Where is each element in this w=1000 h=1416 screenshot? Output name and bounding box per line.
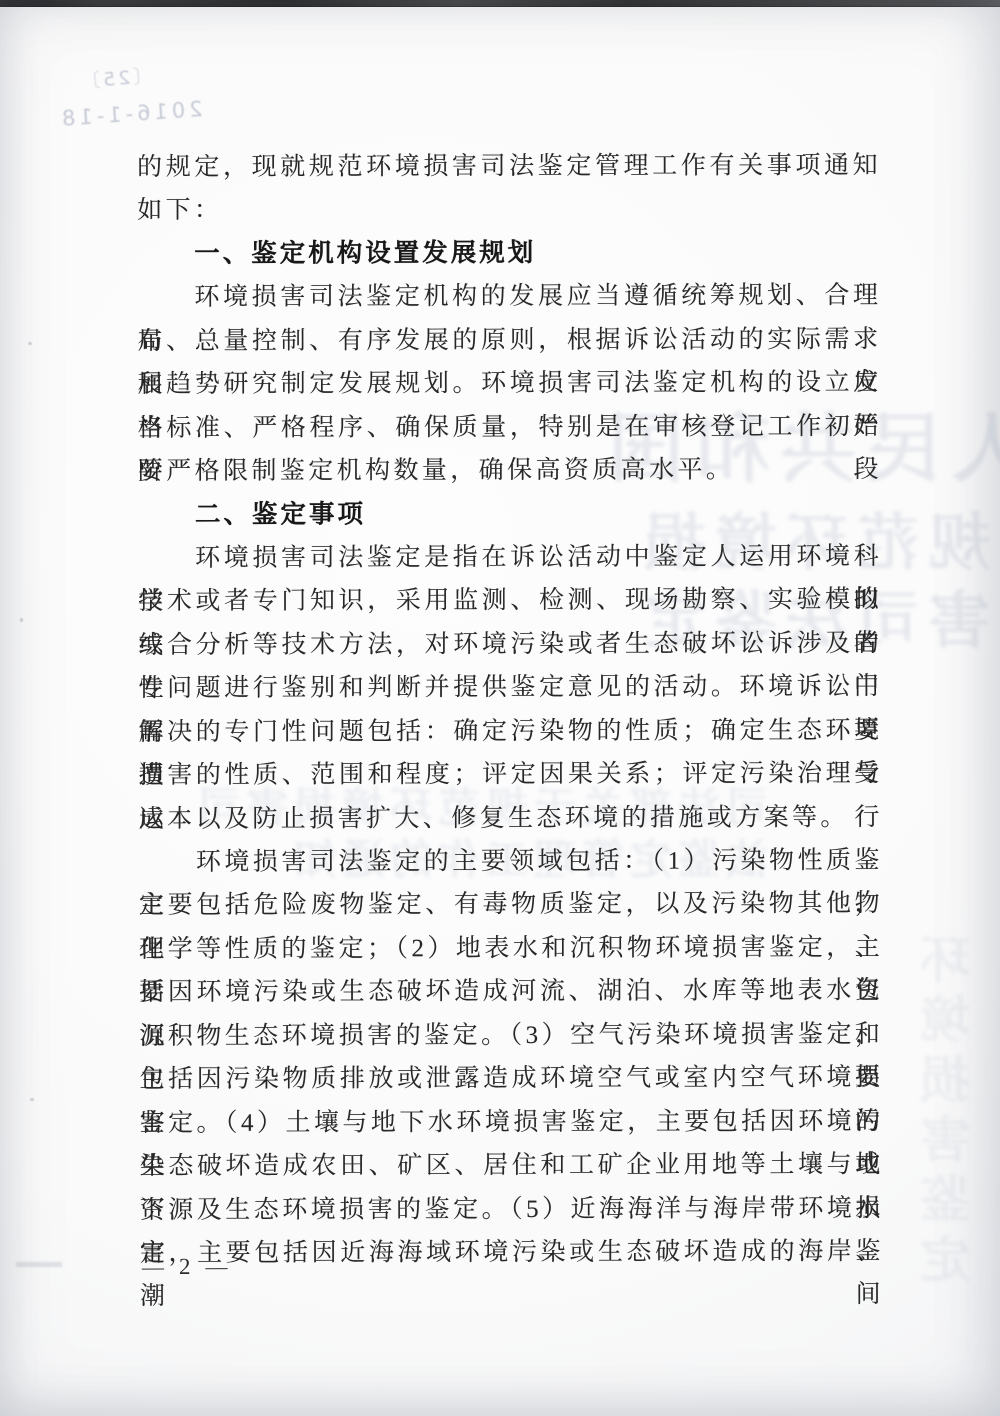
section-heading: 一、鉴定机构设置发展规划 — [137, 231, 881, 276]
text-line: 技术或者专门知识，采用监测、检测、现场勘察、实验模拟或者 — [138, 578, 882, 623]
text-line: 主要包括危险废物鉴定、有毒物质鉴定，以及污染物其他物理、 — [139, 882, 883, 927]
text-line: 环境损害司法鉴定机构的发展应当遵循统筹规划、合理布 — [137, 274, 881, 319]
page-number: 2 — [179, 1254, 191, 1280]
text-line: 生态破坏造成农田、矿区、居住和工矿企业用地等土壤与地下水 — [140, 1143, 884, 1188]
ink-bleedthrough: 环境损害鉴定 — [878, 930, 970, 1290]
text-line: 环境损害司法鉴定的主要领域包括：（1）污染物性质鉴定， — [139, 839, 883, 884]
footer-dash-right: — — [205, 1254, 227, 1280]
text-line: 性问题进行鉴别和判断并提供鉴定意见的活动。环境诉讼中需要 — [138, 665, 882, 710]
text-line: 综合分析等技术方法，对环境污染或者生态破坏讼诉涉及的专门 — [138, 622, 882, 667]
text-line: 化学等性质的鉴定；（2）地表水和沉积物环境损害鉴定，主要包 — [139, 926, 883, 971]
scan-speck — [30, 1098, 34, 1101]
text-line: 损害的性质、范围和程度；评定因果关系；评定污染治理与运行 — [139, 752, 883, 797]
text-line: 格标准、严格程序、确保质量，特别是在审核登记工作初始阶段 — [138, 405, 882, 450]
text-line: 资源及生态环境损害的鉴定。（5）近海海洋与海岸带环境损害鉴 — [140, 1187, 884, 1232]
scan-edge-artifact — [0, 0, 1000, 7]
text-line: 括因环境污染或生态破坏造成河流、湖泊、水库等地表水资源和 — [139, 969, 883, 1014]
text-line: 展趋势研究制定发展规划。环境损害司法鉴定机构的设立应当严 — [138, 361, 882, 406]
text-line: 环境损害司法鉴定是指在诉讼活动中鉴定人运用环境科学的 — [138, 535, 882, 580]
text-line: 的规定，现就规范环境损害司法鉴定管理工作有关事项通知 — [137, 144, 881, 189]
scan-speck — [20, 618, 23, 622]
text-line: 鉴定。（4）土壤与地下水环境损害鉴定，主要包括因环境污染或 — [140, 1100, 884, 1145]
document-body: 的规定，现就规范环境损害司法鉴定管理工作有关事项通知如下：一、鉴定机构设置发展规… — [137, 144, 884, 1275]
scan-speck — [28, 342, 32, 345]
handwriting-annotation-mirrored: 〔25〕 — [77, 61, 153, 94]
footer-dash-left: — — [142, 1254, 164, 1280]
scanned-document-page: 〔25〕 2016-1-18 人民共和国 规范环境损害司法鉴定 司法部关于规范环… — [0, 0, 1000, 1416]
text-line: 定，主要包括因近海海域环境污染或生态破坏造成的海岸、潮间 — [140, 1230, 884, 1275]
text-line: 包括因污染物质排放或泄露造成环境空气或室内空气环境损害的 — [139, 1056, 883, 1101]
text-line: 沉积物生态环境损害的鉴定。（3）空气污染环境损害鉴定，主要 — [139, 1013, 883, 1058]
page-footer: — 2 — — [142, 1254, 228, 1280]
text-line: 局、总量控制、有序发展的原则，根据诉讼活动的实际需求和发 — [137, 318, 881, 363]
text-line: 解决的专门性问题包括：确定污染物的性质；确定生态环境遭受 — [138, 709, 882, 754]
handwriting-annotation-date-mirrored: 2016-1-18 — [57, 97, 203, 131]
text-line: 成本以及防止损害扩大、修复生态环境的措施或方案等。 — [139, 796, 883, 841]
section-heading: 二、鉴定事项 — [138, 492, 882, 537]
text-line: 如下： — [137, 187, 881, 232]
scan-streak — [16, 1262, 62, 1267]
